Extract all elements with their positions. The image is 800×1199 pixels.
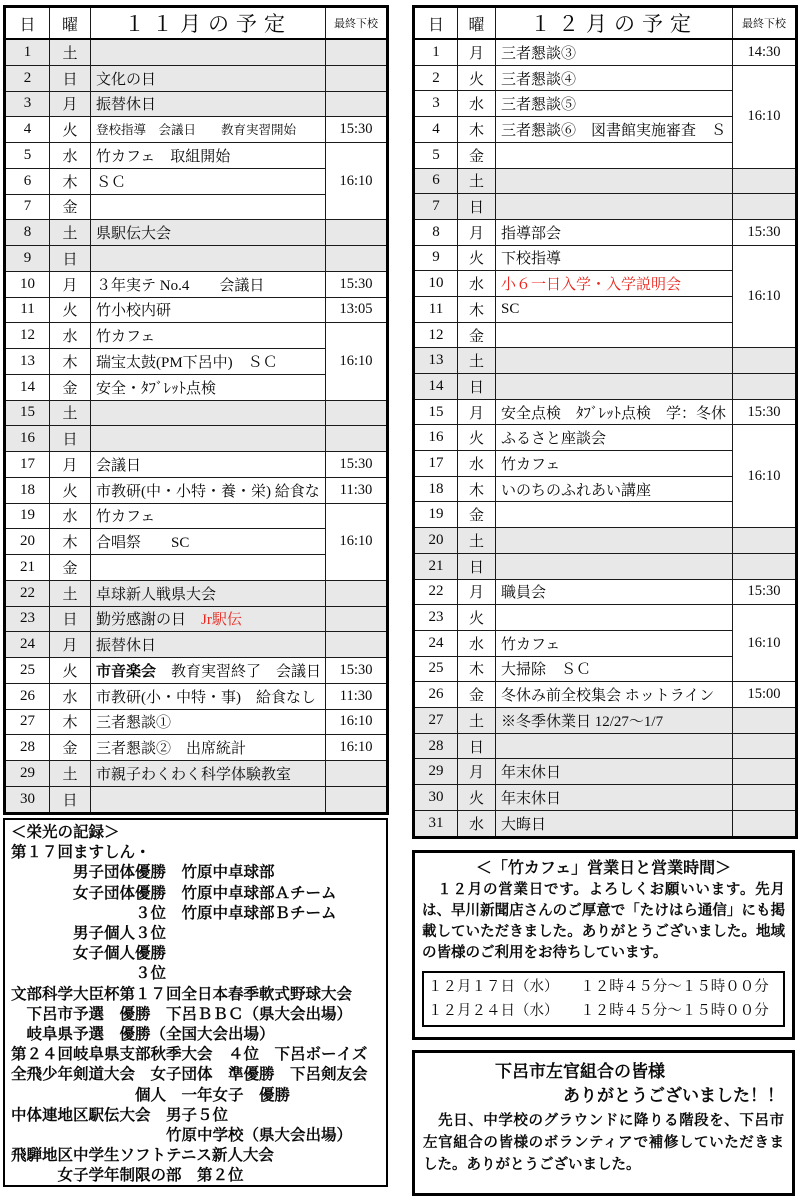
- calendar-row: 3月振替休日: [5, 91, 388, 117]
- day-cell: 7: [5, 194, 50, 220]
- event-cell: 卓球新人戦県大会: [91, 580, 326, 606]
- calendar-row: 28金三者懇談② 出席統計16:10: [5, 735, 388, 761]
- event-text: ３年実テ No.4 会議日: [96, 278, 264, 294]
- dismissal-time-cell: [326, 632, 388, 658]
- day-cell: 9: [5, 246, 50, 272]
- day-cell: 24: [414, 630, 458, 656]
- calendar-row: 1土: [5, 39, 388, 65]
- day-cell: 19: [5, 503, 50, 529]
- day-cell: 29: [414, 759, 458, 785]
- day-cell: 4: [414, 117, 458, 143]
- day-cell: 23: [414, 605, 458, 631]
- dismissal-time-cell: [326, 786, 388, 813]
- dismissal-time-cell: 16:10: [733, 65, 797, 168]
- event-cell: [91, 39, 326, 65]
- day-cell: 29: [5, 761, 50, 787]
- weekday-cell: 水: [50, 143, 91, 169]
- weekday-cell: 土: [458, 348, 496, 374]
- weekday-cell: 火: [458, 65, 496, 91]
- dismissal-time-cell: 11:30: [326, 477, 388, 503]
- event-text: 文化の日: [96, 72, 156, 88]
- event-text: 竹小校内研: [96, 303, 171, 319]
- dismissal-time-cell: 15:30: [326, 271, 388, 297]
- event-text: ＳＣ: [96, 175, 126, 191]
- day-cell: 22: [414, 579, 458, 605]
- weekday-cell: 土: [458, 528, 496, 554]
- dismissal-time-cell: [326, 580, 388, 606]
- dismissal-time-cell: [326, 761, 388, 787]
- event-text: 三者懇談⑥ 図書館実施審査 Ｓ: [501, 123, 726, 139]
- day-cell: 9: [414, 245, 458, 271]
- weekday-cell: 日: [50, 246, 91, 272]
- calendar-row: 16日: [5, 426, 388, 452]
- text-line: 全飛少年剣道大会 女子団体 準優勝 下呂剣友会: [11, 1065, 384, 1085]
- event-cell: 下校指導: [496, 245, 733, 271]
- calendar-row: 9日: [5, 246, 388, 272]
- glory-records-box: ＜栄光の記録＞第１７回ますしん・ 男子団体優勝 竹原中卓球部 女子団体優勝 竹原…: [3, 818, 388, 1187]
- calendar-row: 22月職員会15:30: [414, 579, 797, 605]
- event-cell: 市音楽会 教育実習終了 会議日: [91, 658, 326, 684]
- event-text: 登校指導 会議日 教育実習開始: [96, 123, 296, 137]
- dismissal-time-cell: 15:30: [733, 399, 797, 425]
- calendar-row: 6土: [414, 168, 797, 194]
- weekday-cell: 月: [50, 452, 91, 478]
- event-cell: ※冬季休業日 12/27～1/7: [496, 707, 733, 733]
- event-text: 竹カフェ: [96, 329, 155, 345]
- weekday-cell: 木: [50, 168, 91, 194]
- day-cell: 23: [5, 606, 50, 632]
- event-cell: [496, 502, 733, 528]
- event-cell: 市親子わくわく科学体験教室: [91, 761, 326, 787]
- event-cell: [496, 348, 733, 374]
- day-cell: 12: [5, 323, 50, 349]
- calendar-row: 26金冬休み前全校集会 ホットライン15:00: [414, 682, 797, 708]
- calendar-row: 13土: [414, 348, 797, 374]
- dismissal-time-cell: [326, 65, 388, 91]
- event-text: いのちのふれあい講座: [501, 483, 651, 499]
- day-cell: 6: [414, 168, 458, 194]
- event-cell: 合唱祭 SC: [91, 529, 326, 555]
- dismissal-time-cell: [326, 606, 388, 632]
- december-title: １２月の予定: [496, 7, 733, 40]
- dismissal-time-cell: 16:10: [326, 323, 388, 400]
- weekday-cell: 金: [50, 194, 91, 220]
- event-text: 振替休日: [96, 638, 156, 654]
- day-cell: 8: [414, 219, 458, 245]
- dismissal-time-cell: 16:10: [326, 735, 388, 761]
- plasterers-thanks-body-text: 先日、中学校のグラウンドに降りる階段を、下呂市左官組合の皆様のボランティアで補修…: [423, 1110, 784, 1176]
- event-text: 三者懇談④: [501, 72, 576, 88]
- dismissal-time-cell: [733, 707, 797, 733]
- day-cell: 16: [5, 426, 50, 452]
- calendar-row: 5水竹カフェ 取組開始16:10: [5, 143, 388, 169]
- event-cell: 竹カフェ: [496, 630, 733, 656]
- event-cell: 振替休日: [91, 632, 326, 658]
- dismissal-time-cell: 15:30: [326, 658, 388, 684]
- event-cell: 冬休み前全校集会 ホットライン: [496, 682, 733, 708]
- text-line: 中体連地区駅伝大会 男子５位: [11, 1106, 384, 1126]
- calendar-row: 20土: [414, 528, 797, 554]
- weekday-cell: 金: [50, 374, 91, 400]
- weekday-cell: 土: [458, 168, 496, 194]
- event-cell: 指導部会: [496, 219, 733, 245]
- event-cell: 大晦日: [496, 810, 733, 837]
- november-calendar-table: 日 曜 １１月の予定 最終下校 1土2日文化の日3月振替休日4火登校指導 会議日…: [3, 5, 389, 815]
- calendar-row: 30火年末休日: [414, 785, 797, 811]
- event-cell: 小６一日入学・入学説明会: [496, 271, 733, 297]
- day-cell: 2: [414, 65, 458, 91]
- event-cell: [91, 400, 326, 426]
- day-cell: 10: [414, 271, 458, 297]
- event-text: 大晦日: [501, 817, 546, 833]
- event-cell: [496, 374, 733, 400]
- calendar-row: 17月会議日15:30: [5, 452, 388, 478]
- day-cell: 27: [414, 707, 458, 733]
- event-cell: [91, 426, 326, 452]
- weekday-cell: 日: [50, 786, 91, 813]
- weekday-cell: 月: [50, 91, 91, 117]
- weekday-cell: 火: [50, 658, 91, 684]
- text-line: 女子学年制限の部 第２位: [11, 1166, 384, 1186]
- event-cell: 県駅伝大会: [91, 220, 326, 246]
- weekday-cell: 木: [50, 709, 91, 735]
- event-cell: [496, 553, 733, 579]
- event-cell: 竹カフェ 取組開始: [91, 143, 326, 169]
- calendar-row: 28日: [414, 733, 797, 759]
- event-cell: [91, 246, 326, 272]
- weekday-cell: 月: [50, 271, 91, 297]
- text-line: 第２４回岐阜県支部秋季大会 ４位 下呂ボーイズ: [11, 1045, 384, 1065]
- event-cell: 竹カフェ: [91, 503, 326, 529]
- text-line: ＜栄光の記録＞: [11, 823, 384, 843]
- event-cell: [496, 168, 733, 194]
- event-text: 県駅伝大会: [96, 226, 171, 242]
- dismissal-time-cell: [326, 246, 388, 272]
- day-cell: 14: [414, 374, 458, 400]
- event-cell: 瑞宝太鼓(PM下呂中) ＳＣ: [91, 349, 326, 375]
- day-cell: 4: [5, 117, 50, 143]
- calendar-row: 11火竹小校内研13:05: [5, 297, 388, 323]
- dismissal-time-cell: 16:10: [733, 425, 797, 528]
- dismissal-time-cell: [326, 39, 388, 65]
- weekday-cell: 水: [50, 323, 91, 349]
- weekday-cell: 月: [458, 39, 496, 65]
- weekday-cell: 金: [458, 142, 496, 168]
- event-text: Jr駅伝: [201, 612, 242, 628]
- event-cell: 市教研(中・小特・養・栄) 給食な: [91, 477, 326, 503]
- calendar-row: 15土: [5, 400, 388, 426]
- event-text: 竹カフェ 取組開始: [96, 149, 230, 165]
- calendar-row: 7日: [414, 194, 797, 220]
- event-text: 大掃除 ＳＣ: [501, 662, 591, 678]
- weekday-cell: 木: [458, 656, 496, 682]
- event-text: 下校指導: [501, 251, 561, 267]
- take-cafe-title: ＜「竹カフェ」営業日と営業時間＞: [422, 858, 785, 880]
- day-cell: 14: [5, 374, 50, 400]
- event-cell: 三者懇談③: [496, 39, 733, 65]
- calendar-row: 29月年末休日: [414, 759, 797, 785]
- event-text: 市教研(小・中特・事) 給食なし: [96, 690, 316, 706]
- weekday-cell: 土: [50, 580, 91, 606]
- dismissal-time-cell: [326, 91, 388, 117]
- day-cell: 25: [5, 658, 50, 684]
- weekday-cell: 水: [50, 683, 91, 709]
- weekday-cell: 水: [50, 503, 91, 529]
- event-text: 瑞宝太鼓(PM下呂中) ＳＣ: [96, 355, 278, 371]
- weekday-cell: 火: [458, 425, 496, 451]
- day-cell: 16: [414, 425, 458, 451]
- event-cell: 三者懇談⑤: [496, 91, 733, 117]
- text-line: ３位: [11, 964, 384, 984]
- event-cell: 勤労感謝の日 Jr駅伝: [91, 606, 326, 632]
- event-text: 卓球新人戦県大会: [96, 587, 216, 603]
- event-cell: [91, 786, 326, 813]
- event-text: 冬休み前全校集会 ホットライン: [501, 688, 714, 704]
- day-column-header: 日: [414, 7, 458, 40]
- text-line: 男子団体優勝 竹原中卓球部: [11, 863, 384, 883]
- weekday-cell: 日: [50, 65, 91, 91]
- weekday-cell: 火: [50, 477, 91, 503]
- event-cell: [496, 605, 733, 631]
- calendar-row: 15月安全点検 ﾀﾌﾞﾚｯﾄ点検 学：冬休15:30: [414, 399, 797, 425]
- text-line: 女子個人優勝: [11, 944, 384, 964]
- event-cell: ３年実テ No.4 会議日: [91, 271, 326, 297]
- calendar-header-row: 日 曜 １１月の予定 最終下校: [5, 7, 388, 40]
- weekday-cell: 月: [458, 399, 496, 425]
- day-cell: 27: [5, 709, 50, 735]
- dismissal-time-cell: [326, 426, 388, 452]
- day-cell: 2: [5, 65, 50, 91]
- dismissal-time-cell: 16:10: [733, 245, 797, 348]
- day-cell: 18: [414, 476, 458, 502]
- event-cell: 三者懇談⑥ 図書館実施審査 Ｓ: [496, 117, 733, 143]
- event-cell: 安全点検 ﾀﾌﾞﾚｯﾄ点検 学：冬休: [496, 399, 733, 425]
- day-cell: 22: [5, 580, 50, 606]
- weekday-cell: 金: [458, 322, 496, 348]
- weekday-cell: 月: [458, 579, 496, 605]
- day-cell: 1: [5, 39, 50, 65]
- calendar-row: 16火ふるさと座談会16:10: [414, 425, 797, 451]
- event-cell: 年末休日: [496, 785, 733, 811]
- dismissal-time-cell: 16:10: [733, 605, 797, 682]
- plasterers-thanks-title-line2: ありがとうございました！！: [423, 1084, 784, 1108]
- event-cell: [496, 322, 733, 348]
- event-text: 教育実習終了 会議日: [156, 664, 321, 680]
- weekday-cell: 月: [50, 632, 91, 658]
- day-cell: 11: [414, 296, 458, 322]
- day-cell: 25: [414, 656, 458, 682]
- day-cell: 15: [5, 400, 50, 426]
- weekday-cell: 日: [458, 553, 496, 579]
- event-cell: [91, 555, 326, 581]
- weekday-cell: 木: [458, 117, 496, 143]
- text-line: 個人 一年女子 優勝: [11, 1086, 384, 1106]
- weekday-cell: 火: [458, 605, 496, 631]
- dismissal-time-cell: [733, 348, 797, 374]
- event-text: ふるさと座談会: [501, 431, 606, 447]
- calendar-row: 18火市教研(中・小特・養・栄) 給食な11:30: [5, 477, 388, 503]
- event-text: 安全・ﾀﾌﾞﾚｯﾄ点検: [96, 381, 216, 397]
- event-text: ※冬季休業日 12/27～1/7: [501, 714, 663, 730]
- text-line: ３位 竹原中卓球部Ｂチーム: [11, 904, 384, 924]
- event-text: 三者懇談①: [96, 715, 171, 731]
- calendar-row: 2日文化の日: [5, 65, 388, 91]
- event-text: 市音楽会: [96, 664, 156, 680]
- calendar-row: 23火16:10: [414, 605, 797, 631]
- take-cafe-body-text: １２月の営業日です。よろしくお願いいます。先月は、早川新聞店さんのご厚意で「たけ…: [422, 880, 785, 964]
- take-cafe-box: ＜「竹カフェ」営業日と営業時間＞ １２月の営業日です。よろしくお願いいます。先月…: [412, 850, 795, 1040]
- calendar-row: 19水竹カフェ16:10: [5, 503, 388, 529]
- weekday-cell: 金: [50, 735, 91, 761]
- weekday-cell: 水: [458, 630, 496, 656]
- dismissal-time-cell: [733, 785, 797, 811]
- weekday-cell: 火: [50, 117, 91, 143]
- weekday-cell: 月: [458, 219, 496, 245]
- event-cell: 振替休日: [91, 91, 326, 117]
- event-text: 合唱祭 SC: [96, 535, 189, 551]
- weekday-cell: 火: [458, 245, 496, 271]
- event-cell: ふるさと座談会: [496, 425, 733, 451]
- dismissal-time-cell: 16:10: [326, 143, 388, 220]
- weekday-cell: 土: [50, 220, 91, 246]
- dismissal-time-cell: [733, 374, 797, 400]
- text-line: 飛騨地区中学生ソフトテニス新人大会: [11, 1146, 384, 1166]
- event-cell: 文化の日: [91, 65, 326, 91]
- dismissal-time-cell: [326, 220, 388, 246]
- day-cell: 26: [5, 683, 50, 709]
- day-cell: 8: [5, 220, 50, 246]
- event-cell: [496, 194, 733, 220]
- weekday-cell: 日: [458, 194, 496, 220]
- calendar-row: 22土卓球新人戦県大会: [5, 580, 388, 606]
- event-text: 安全点検 ﾀﾌﾞﾚｯﾄ点検 学：冬休: [501, 406, 726, 422]
- dismissal-time-cell: 15:30: [733, 579, 797, 605]
- day-cell: 17: [5, 452, 50, 478]
- event-cell: ＳＣ: [91, 168, 326, 194]
- dismissal-time-cell: [733, 168, 797, 194]
- event-cell: 安全・ﾀﾌﾞﾚｯﾄ点検: [91, 374, 326, 400]
- event-text: 竹カフェ: [501, 457, 560, 473]
- calendar-row: 26水市教研(小・中特・事) 給食なし11:30: [5, 683, 388, 709]
- calendar-row: 4火登校指導 会議日 教育実習開始15:30: [5, 117, 388, 143]
- event-cell: 会議日: [91, 452, 326, 478]
- dismissal-time-cell: 15:30: [326, 117, 388, 143]
- take-cafe-schedule-box: １２月１７日（水） １２時４５分～１５時００分１２月２４日（水） １２時４５分～…: [422, 971, 785, 1027]
- event-text: 指導部会: [501, 226, 561, 242]
- event-text: 三者懇談⑤: [501, 97, 576, 113]
- event-cell: 職員会: [496, 579, 733, 605]
- event-cell: 登校指導 会議日 教育実習開始: [91, 117, 326, 143]
- event-text: 振替休日: [96, 97, 156, 113]
- dismissal-time-cell: [733, 733, 797, 759]
- text-line: 第１７回ますしん・: [11, 843, 384, 863]
- day-cell: 20: [5, 529, 50, 555]
- event-text: 年末休日: [501, 791, 561, 807]
- day-cell: 28: [414, 733, 458, 759]
- dismissal-time-cell: [733, 759, 797, 785]
- event-cell: 三者懇談② 出席統計: [91, 735, 326, 761]
- text-line: 男子個人３位: [11, 924, 384, 944]
- weekday-cell: 金: [458, 502, 496, 528]
- dismissal-time-cell: 16:10: [326, 503, 388, 580]
- day-cell: 18: [5, 477, 50, 503]
- dismissal-column-header: 最終下校: [326, 7, 388, 40]
- weekday-cell: 木: [50, 349, 91, 375]
- dismissal-time-cell: 15:30: [326, 452, 388, 478]
- event-cell: 市教研(小・中特・事) 給食なし: [91, 683, 326, 709]
- day-cell: 3: [5, 91, 50, 117]
- day-cell: 10: [5, 271, 50, 297]
- calendar-row: 8月指導部会15:30: [414, 219, 797, 245]
- dismissal-time-cell: 15:30: [733, 219, 797, 245]
- calendar-row: 10月３年実テ No.4 会議日15:30: [5, 271, 388, 297]
- day-cell: 24: [5, 632, 50, 658]
- event-text: 市教研(中・小特・養・栄) 給食な: [96, 484, 320, 500]
- event-cell: SC: [496, 296, 733, 322]
- weekday-cell: 日: [50, 426, 91, 452]
- weekday-cell: 金: [458, 682, 496, 708]
- day-cell: 13: [5, 349, 50, 375]
- weekday-cell: 日: [458, 733, 496, 759]
- november-title: １１月の予定: [91, 7, 326, 40]
- event-text: 勤労感謝の日: [96, 612, 201, 628]
- calendar-row: 23日勤労感謝の日 Jr駅伝: [5, 606, 388, 632]
- day-cell: 20: [414, 528, 458, 554]
- day-cell: 26: [414, 682, 458, 708]
- dismissal-time-cell: [326, 400, 388, 426]
- day-cell: 3: [414, 91, 458, 117]
- day-cell: 21: [414, 553, 458, 579]
- day-cell: 21: [5, 555, 50, 581]
- event-cell: いのちのふれあい講座: [496, 476, 733, 502]
- weekday-cell: 木: [50, 529, 91, 555]
- dismissal-time-cell: [733, 194, 797, 220]
- weekday-column-header: 曜: [458, 7, 496, 40]
- event-text: 三者懇談② 出席統計: [96, 741, 246, 757]
- event-cell: [496, 142, 733, 168]
- text-line: １２月２４日（水） １２時４５分～１５時００分: [428, 999, 779, 1023]
- day-cell: 31: [414, 810, 458, 837]
- day-column-header: 日: [5, 7, 50, 40]
- dismissal-time-cell: 11:30: [326, 683, 388, 709]
- weekday-cell: 土: [458, 707, 496, 733]
- day-cell: 7: [414, 194, 458, 220]
- weekday-cell: 土: [50, 39, 91, 65]
- weekday-cell: 月: [458, 759, 496, 785]
- weekday-cell: 火: [50, 297, 91, 323]
- weekday-cell: 土: [50, 400, 91, 426]
- weekday-cell: 水: [458, 810, 496, 837]
- event-text: 職員会: [501, 585, 546, 601]
- weekday-cell: 土: [50, 761, 91, 787]
- calendar-row: 25火市音楽会 教育実習終了 会議日15:30: [5, 658, 388, 684]
- event-cell: 大掃除 ＳＣ: [496, 656, 733, 682]
- weekday-cell: 水: [458, 91, 496, 117]
- dismissal-time-cell: 15:00: [733, 682, 797, 708]
- dismissal-time-cell: [733, 528, 797, 554]
- calendar-row: 24月振替休日: [5, 632, 388, 658]
- event-cell: [91, 194, 326, 220]
- calendar-row: 9火下校指導16:10: [414, 245, 797, 271]
- text-line: 女子団体優勝 竹原中卓球部Ａチーム: [11, 884, 384, 904]
- text-line: 下呂市予選 優勝 下呂ＢＢＣ（県大会出場）: [11, 1005, 384, 1025]
- event-cell: [496, 733, 733, 759]
- day-cell: 1: [414, 39, 458, 65]
- day-cell: 11: [5, 297, 50, 323]
- text-line: 岐阜県予選 優勝（全国大会出場）: [11, 1025, 384, 1045]
- event-text: 年末休日: [501, 765, 561, 781]
- event-text: 会議日: [96, 458, 141, 474]
